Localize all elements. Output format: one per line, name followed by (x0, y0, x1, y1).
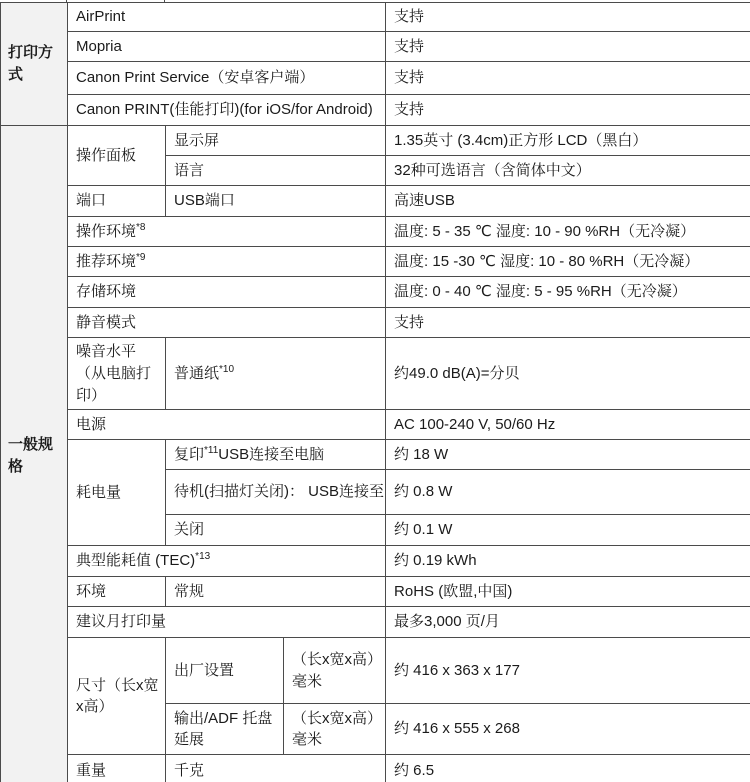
airprint-value: 支持 (386, 3, 750, 32)
monthly-volume-label: 建议月打印量 (68, 607, 386, 638)
usb-port-label: USB端口 (166, 186, 386, 217)
weight-unit: 千克 (166, 755, 386, 782)
footnote-marker: *10 (219, 364, 234, 375)
footnote-marker: *9 (136, 252, 145, 263)
language-value: 32种可选语言（含简体中文） (386, 156, 750, 186)
power-consumption-label: 耗电量 (68, 440, 166, 546)
standby-power-value: 约 0.8 W (386, 470, 750, 515)
group-cell-general-specs: 一般规格 (1, 126, 68, 782)
operating-env-text: 操作环境 (76, 223, 136, 240)
quiet-mode-value: 支持 (386, 308, 750, 338)
operating-env-label: 操作环境*8 (68, 217, 386, 247)
cutoff-border-tick (66, 0, 67, 2)
footnote-marker: *13 (195, 551, 210, 562)
port-label: 端口 (68, 186, 166, 217)
dimensions-label: 尺寸（长x宽x高） (68, 638, 166, 755)
canon-print-app-label: Canon PRINT(佳能打印)(for iOS/for Android) (68, 95, 386, 126)
environment-label: 环境 (68, 577, 166, 607)
tec-text: 典型能耗值 (TEC) (76, 552, 195, 569)
noise-level-label: 噪音水平（从电脑打印） (68, 338, 166, 410)
operation-panel-label: 操作面板 (68, 126, 166, 186)
recommended-env-label: 推荐环境*9 (68, 247, 386, 277)
mopria-value: 支持 (386, 32, 750, 62)
mopria-label: Mopria (68, 32, 386, 62)
copy-power-suffix: USB连接至电脑 (218, 446, 324, 463)
dimensions-extended-unit: （长x宽x高）毫米 (284, 704, 386, 755)
airprint-label: AirPrint (68, 3, 386, 32)
weight-label: 重量 (68, 755, 166, 782)
off-power-label: 关闭 (166, 515, 386, 546)
standby-power-label: 待机(扫描灯关闭)： USB连接至PC (166, 470, 386, 515)
usb-port-value: 高速USB (386, 186, 750, 217)
dimensions-factory-value: 约 416 x 363 x 177 (386, 638, 750, 704)
off-power-value: 约 0.1 W (386, 515, 750, 546)
cutoff-border-tick (164, 0, 165, 2)
power-supply-value: AC 100-240 V, 50/60 Hz (386, 410, 750, 440)
power-supply-label: 电源 (68, 410, 386, 440)
canon-print-service-value: 支持 (386, 62, 750, 95)
copy-power-value: 约 18 W (386, 440, 750, 470)
copy-power-text: 复印 (174, 446, 204, 463)
dimensions-factory-label: 出厂设置 (166, 638, 284, 704)
storage-env-value: 温度: 0 - 40 ℃ 湿度: 5 - 95 %RH（无冷凝） (386, 277, 750, 308)
noise-level-value: 约49.0 dB(A)=分贝 (386, 338, 750, 410)
footnote-marker: *8 (136, 222, 145, 233)
recommended-env-value: 温度: 15 -30 ℃ 湿度: 10 - 80 %RH（无冷凝） (386, 247, 750, 277)
recommended-env-text: 推荐环境 (76, 253, 136, 270)
display-label: 显示屏 (166, 126, 386, 156)
plain-paper-text: 普通纸 (174, 365, 219, 382)
footnote-marker: *11 (204, 445, 218, 456)
canon-print-service-label: Canon Print Service（安卓客户端） (68, 62, 386, 95)
language-label: 语言 (166, 156, 386, 186)
canon-print-app-value: 支持 (386, 95, 750, 126)
printer-spec-table: 打印方式 AirPrint 支持 Mopria 支持 Canon Print S… (0, 2, 750, 782)
dimensions-factory-unit: （长x宽x高）毫米 (284, 638, 386, 704)
dimensions-extended-label: 输出/ADF 托盘延展 (166, 704, 284, 755)
plain-paper-label: 普通纸*10 (166, 338, 386, 410)
monthly-volume-value: 最多3,000 页/月 (386, 607, 750, 638)
environment-value: RoHS (欧盟,中国) (386, 577, 750, 607)
operating-env-value: 温度: 5 - 35 ℃ 湿度: 10 - 90 %RH（无冷凝） (386, 217, 750, 247)
weight-value: 约 6.5 (386, 755, 750, 782)
environment-sub-label: 常规 (166, 577, 386, 607)
spec-sheet-page: 打印方式 AirPrint 支持 Mopria 支持 Canon Print S… (0, 0, 750, 782)
quiet-mode-label: 静音模式 (68, 308, 386, 338)
storage-env-label: 存储环境 (68, 277, 386, 308)
tec-label: 典型能耗值 (TEC)*13 (68, 546, 386, 577)
display-value: 1.35英寸 (3.4cm)正方形 LCD（黑白） (386, 126, 750, 156)
group-cell-print-method: 打印方式 (1, 3, 68, 126)
tec-value: 约 0.19 kWh (386, 546, 750, 577)
copy-power-label: 复印*11USB连接至电脑 (166, 440, 386, 470)
dimensions-extended-value: 约 416 x 555 x 268 (386, 704, 750, 755)
